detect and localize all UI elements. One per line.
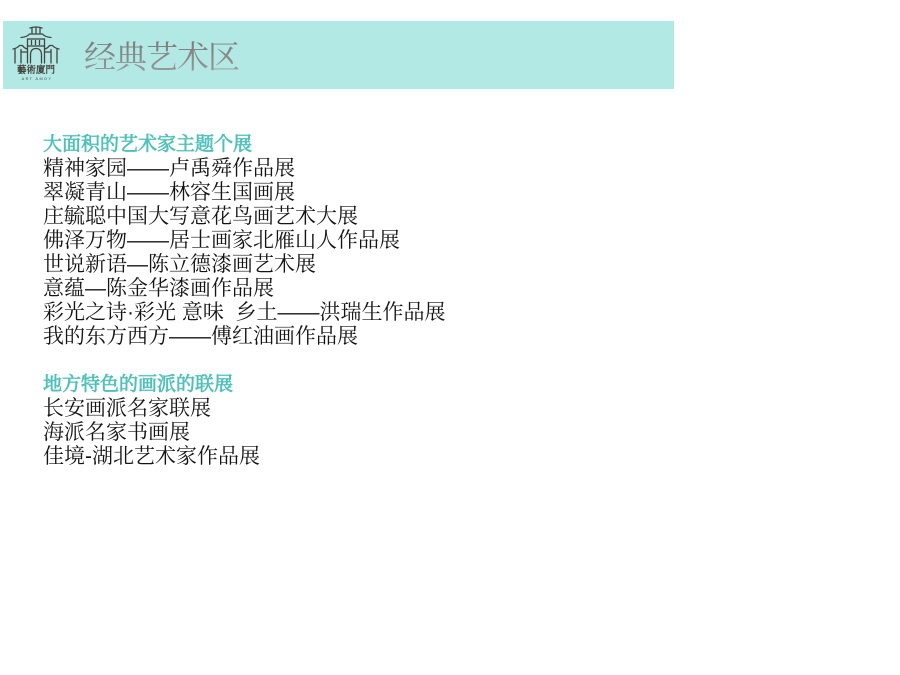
art-amoy-logo: 藝術廈門 ART AMOY [11,24,61,84]
logo-cn-text: 藝術廈門 [17,64,56,76]
gate-icon [13,27,59,63]
exhibition-item: 意蕴—陈金华漆画作品展 [43,277,446,301]
exhibition-item: 海派名家书画展 [43,421,446,445]
exhibition-item: 精神家园——卢禹舜作品展 [43,157,446,181]
exhibition-item: 世说新语—陈立德漆画艺术展 [43,253,446,277]
section-heading: 地方特色的画派的联展 [43,373,446,397]
slide-title: 经典艺术区 [84,21,239,89]
section-heading: 大面积的艺术家主题个展 [43,133,446,157]
exhibition-item: 我的东方西方——傅红油画作品展 [43,325,446,349]
exhibition-sections: 大面积的艺术家主题个展精神家园——卢禹舜作品展翠凝青山——林容生国画展庄毓聪中国… [43,133,446,469]
header-bar: 藝術廈門 ART AMOY 经典艺术区 [3,21,674,89]
slide: 藝術廈門 ART AMOY 经典艺术区 大面积的艺术家主题个展精神家园——卢禹舜… [0,0,900,675]
exhibition-item: 佳境-湖北艺术家作品展 [43,445,446,469]
logo-en-text: ART AMOY [22,77,53,81]
exhibition-item: 庄毓聪中国大写意花鸟画艺术大展 [43,205,446,229]
section-gap [43,349,446,373]
exhibition-item: 彩光之诗·彩光 意味 乡土——洪瑞生作品展 [43,301,446,325]
exhibition-item: 长安画派名家联展 [43,397,446,421]
exhibition-item: 翠凝青山——林容生国画展 [43,181,446,205]
exhibition-item: 佛泽万物——居士画家北雁山人作品展 [43,229,446,253]
